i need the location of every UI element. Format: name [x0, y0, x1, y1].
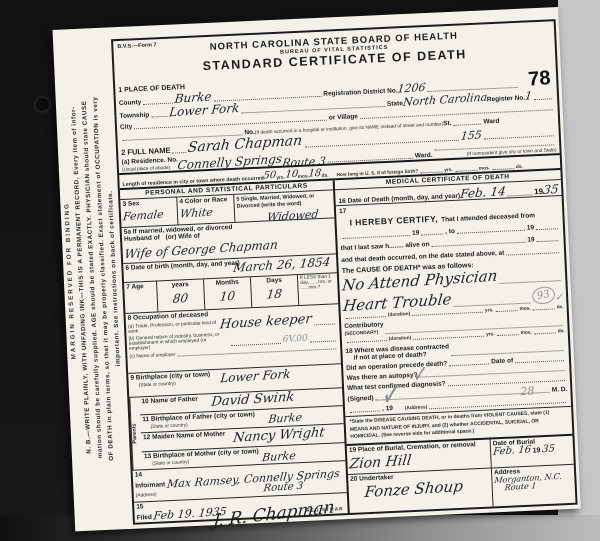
informant-value-2: Route 3 [263, 482, 304, 495]
cause-code-pencil: 93 [531, 285, 556, 306]
dob-value: March 26, 1854 [233, 256, 331, 274]
mother-bp-note: (State or country) [152, 460, 189, 467]
age-months-label: Months [215, 279, 238, 287]
age-label: 7 Age [124, 281, 158, 312]
duration-mos-2: mos. [521, 331, 532, 337]
age-years-cell: years 80 [157, 279, 205, 311]
undertaker-value: Fonze Shoup [364, 478, 464, 499]
register-value: 1 [524, 90, 532, 102]
year-line-label: , 19 [382, 405, 393, 412]
dod-year-value: 35 [542, 183, 559, 196]
undertaker-address-value-2: Route 1 [504, 482, 537, 492]
age-years-label: years [172, 281, 189, 289]
residence-label: (a) Residence. No. [121, 156, 178, 166]
dod-value: Feb. 14 [459, 185, 506, 200]
occ-employer-label: (c) Name of employer [129, 353, 175, 360]
parents-group: Parents 10 Name of Father David Swink 11… [129, 388, 345, 471]
certificate-paper: MARGIN RESERVED FOR BINDING N. B.—WRITE … [53, 7, 581, 531]
father-bp-value: Burke [268, 412, 303, 425]
race-value: White [179, 207, 213, 220]
filed-label: Filed [137, 514, 152, 522]
occupation-row: 8 Occupation of deceased (a) Trade, Prof… [125, 304, 341, 374]
ds-label-2: ds. [516, 165, 523, 170]
secondary-label: (SECONDARY) [345, 330, 379, 337]
age-days-value: 18 [266, 288, 283, 301]
certify-block: 17 I HEREBY CERTIFY, That I attended dec… [336, 196, 568, 346]
printed-19-b: 19 [527, 224, 535, 231]
residence-length-years: 50 [263, 171, 277, 182]
duration-mos-1: mos. [519, 307, 530, 313]
medical-column: MEDICAL CERTIFICATE OF DEATH 16 Date of … [335, 170, 576, 513]
ds-label: ds. [322, 174, 329, 179]
father-label: 10 Name of Father [141, 396, 198, 406]
spouse-label-3: (or) Wife of [165, 232, 200, 241]
burial-place-value: Zion Hill [349, 453, 412, 471]
residence-length-months: 10 [284, 170, 298, 181]
age-days-label: Days [266, 277, 282, 285]
occ-industry-label: (b) General nature of industry, business… [129, 332, 230, 352]
filed-no: 15 [136, 503, 144, 510]
autopsy-label: Was there an autopsy? [346, 372, 417, 382]
age-years-value: 80 [173, 292, 190, 305]
informant-no: 14 [135, 471, 143, 478]
scanned-document: MARGIN RESERVED FOR BINDING N. B.—WRITE … [0, 0, 600, 541]
date-of-label: Date of [491, 357, 513, 365]
questions-block: 18 Where was disease contracted if not a… [342, 336, 571, 416]
pencil-note-28: 28 [520, 384, 535, 398]
address-note: (Address) [405, 405, 428, 411]
certify-rest: That I attended deceased from [441, 212, 535, 223]
informant-address-note: (Address) [136, 493, 157, 499]
birthplace-state-note: (State or country) [139, 382, 176, 389]
signed-label: (Signed) [347, 395, 373, 403]
mother-bp-value: Burke [261, 450, 296, 463]
duration-ds-2: ds. [558, 329, 565, 334]
personal-column: PERSONAL AND STATISTICAL PARTICULARS 3 S… [120, 180, 350, 522]
birthplace-label: 9 Birthplace (city or town) [130, 371, 210, 382]
md-label: M. D. [552, 386, 568, 394]
marital-label: 5 Single, Married, Widowed, or Divorced … [236, 193, 314, 210]
sex-value: Female [122, 209, 164, 223]
race-label: 4 Color or Race [179, 196, 227, 205]
father-bp-note: (State or country) [151, 423, 188, 430]
undertaker-address-cell: Address Morganton, N.C. Route 1 [492, 464, 576, 506]
hole-punch [36, 98, 49, 111]
informant-value: Max Ramsey, Connelly Springs [166, 468, 340, 490]
age-days-cell: Days 18 [251, 275, 299, 307]
printed-19-c: 19 [527, 236, 535, 243]
mos-label-2: mos. [479, 166, 490, 172]
sex-label: 3 Sex [122, 200, 139, 208]
age-less-note: If LESS than 1 day, ......hrs. or ......… [298, 273, 338, 305]
contributory-label: Contributory [344, 321, 384, 330]
mother-label: 12 Maiden Name of Mother [143, 431, 226, 442]
burial-date-cell: Date of Burial Feb. 16 19 35 [491, 435, 574, 468]
informant-label: Informant [135, 481, 165, 489]
duration-label-1: (duration) [388, 312, 411, 318]
certificate-form: B.V.S.—Form 7 NORTH CAROLINA STATE BOARD… [111, 19, 578, 525]
marital-cell: 5 Single, Married, Widowed, or Divorced … [234, 190, 334, 221]
father-value: David Swink [211, 391, 295, 409]
burial-year-value: 35 [542, 444, 556, 455]
printed-19-a: 19 [412, 230, 420, 237]
duration-yrs-1: yrs. [485, 308, 494, 313]
burial-block: 19 Place of Burial, Cremation, or remova… [347, 435, 576, 513]
certify-no: 17 [339, 208, 347, 215]
residence-length-days: 18 [308, 169, 322, 180]
age-months-cell: Months 10 [204, 277, 252, 309]
certify-lead: I HEREBY CERTIFY, [349, 214, 438, 228]
spouse-label-2: Husband of [124, 234, 160, 243]
birthplace-value: Lower Fork [220, 368, 291, 384]
mother-value: Nancy Wright [232, 426, 325, 445]
pencil-tick: ✓ [555, 292, 564, 303]
last-saw-label: that I last saw h........ alive on [341, 241, 430, 252]
burial-year-printed: 19 [533, 447, 541, 454]
undertaker-cell: 20 Undertaker Fonze Shoup [348, 468, 493, 513]
foreign-birth-label: How long in U. S. if of foreign birth? [336, 170, 418, 179]
race-cell: 4 Color or Race White [177, 195, 235, 225]
duration-label-2: (duration) [389, 336, 412, 342]
duration-ds-1: ds. [557, 305, 564, 310]
yrs-label-2: yrs. [444, 168, 453, 173]
sex-cell: 3 Sex Female [120, 197, 178, 227]
form-columns: PERSONAL AND STATISTICAL PARTICULARS 3 S… [120, 170, 576, 523]
to-label: , to [445, 228, 455, 235]
burial-date-value: Feb. 16 [493, 445, 532, 457]
duration-yrs-2: yrs. [486, 332, 495, 337]
age-months-value: 10 [219, 290, 236, 303]
registrar-label: REGISTRAR [306, 507, 343, 514]
occ-industry-value: 6V.00 [283, 334, 308, 345]
